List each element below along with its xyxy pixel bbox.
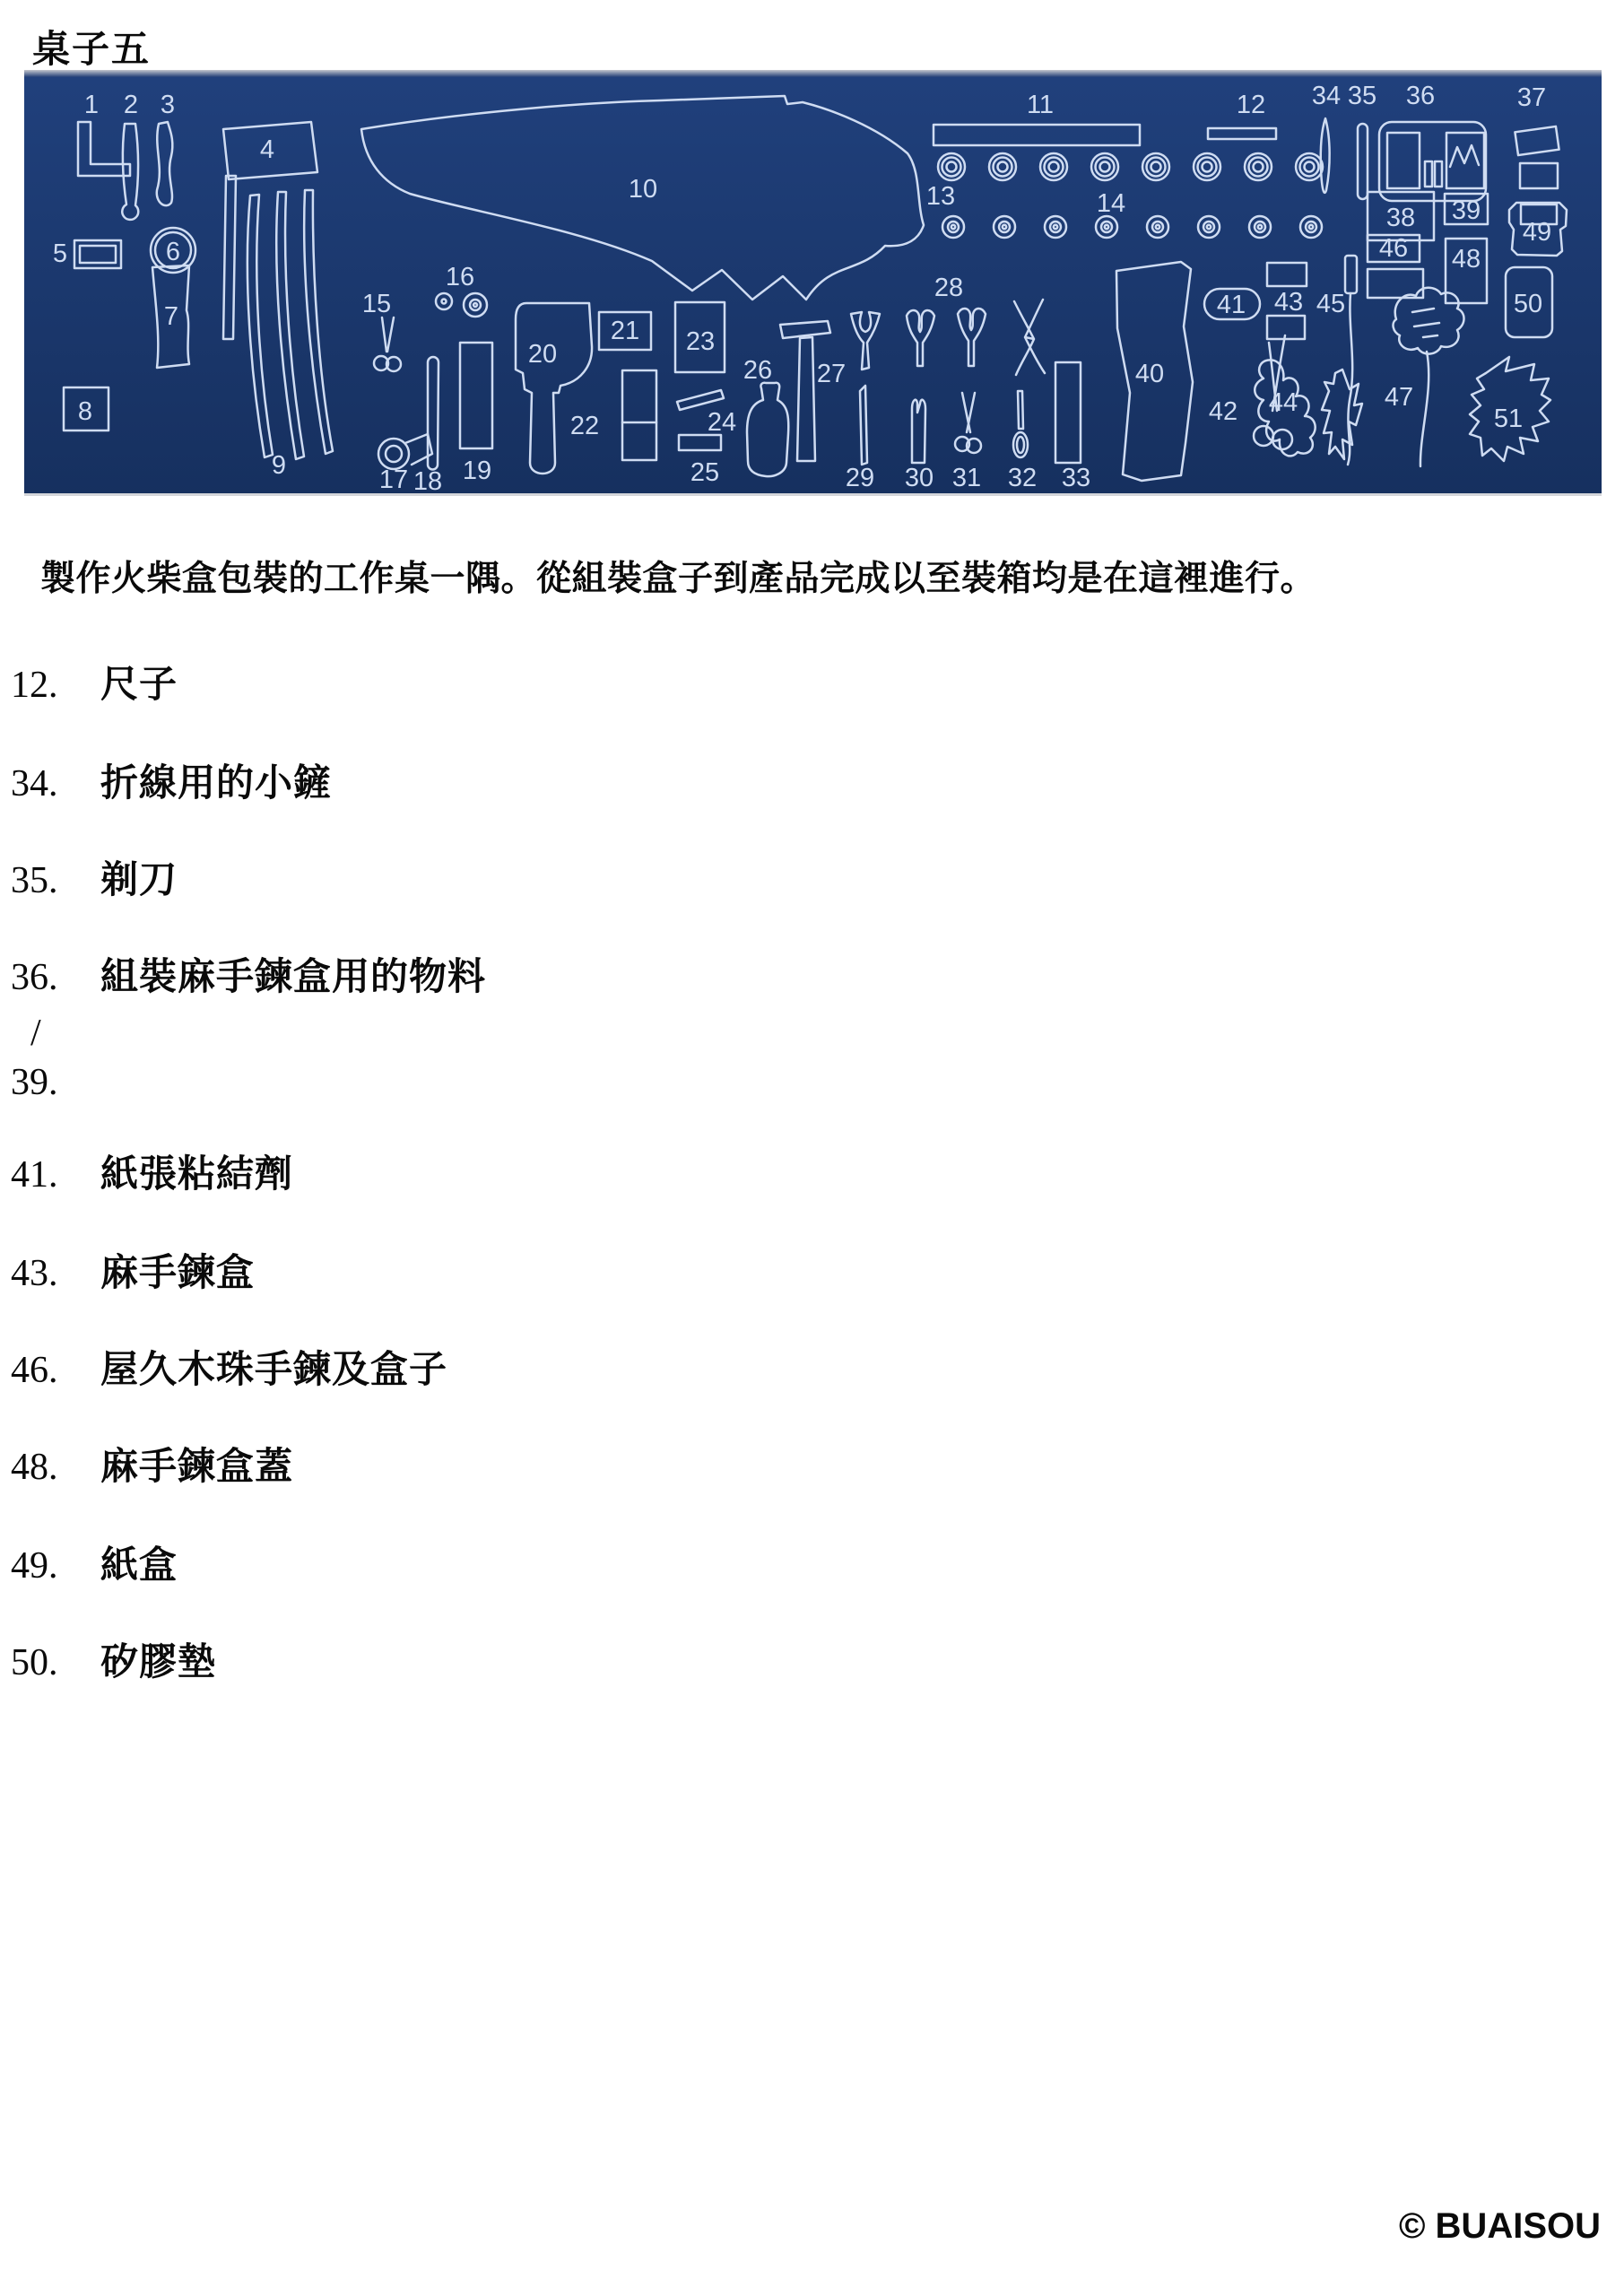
list-item-35: 35.剃刀 — [11, 859, 178, 902]
list-item-number: 50. — [11, 1641, 100, 1684]
list-item-36: 36.組裝麻手鍊盒用的物料/39. — [11, 956, 486, 1104]
list-item-text: 麻手鍊盒蓋 — [100, 1447, 293, 1488]
list-item-text: 矽膠墊 — [100, 1642, 216, 1683]
list-item-34: 34.折線用的小鏟 — [11, 762, 332, 805]
list-item-text: 屋久木珠手鍊及盒子 — [100, 1350, 447, 1391]
list-item-range-separator: / — [11, 1012, 486, 1055]
list-item-number: 41. — [11, 1153, 100, 1196]
list-item-48: 48.麻手鍊盒蓋 — [11, 1446, 293, 1489]
list-item-12: 12.尺子 — [11, 664, 178, 707]
list-item-range-end-number: 39. — [11, 1061, 486, 1104]
list-item-text: 折線用的小鏟 — [100, 763, 332, 804]
list-item-number: 36. — [11, 956, 100, 999]
list-item-number: 34. — [11, 762, 100, 805]
list-item-number: 48. — [11, 1446, 100, 1489]
list-item-46: 46.屋久木珠手鍊及盒子 — [11, 1349, 447, 1392]
copyright-notice: © BUAISOU — [1399, 2206, 1601, 2247]
list-item-number: 12. — [11, 664, 100, 707]
list-item-text: 紙張粘結劑 — [100, 1154, 293, 1196]
list-item-number: 46. — [11, 1349, 100, 1392]
document-page: 桌子五 — [0, 0, 1624, 2296]
list-item-text: 麻手鍊盒 — [100, 1253, 255, 1294]
list-item-number: 35. — [11, 859, 100, 902]
list-item-text: 尺子 — [100, 665, 178, 706]
list-item-text: 組裝麻手鍊盒用的物料 — [100, 957, 486, 998]
list-item-number: 43. — [11, 1252, 100, 1295]
list-item-50: 50.矽膠墊 — [11, 1641, 216, 1684]
list-item-41: 41.紙張粘結劑 — [11, 1153, 293, 1196]
list-item-49: 49.紙盒 — [11, 1544, 178, 1587]
list-item-43: 43.麻手鍊盒 — [11, 1252, 255, 1295]
numbered-item-list: 12.尺子34.折線用的小鏟35.剃刀36.組裝麻手鍊盒用的物料/39.41.紙… — [0, 0, 1624, 2296]
list-item-text: 剃刀 — [100, 860, 178, 901]
list-item-number: 49. — [11, 1544, 100, 1587]
list-item-text: 紙盒 — [100, 1545, 178, 1587]
